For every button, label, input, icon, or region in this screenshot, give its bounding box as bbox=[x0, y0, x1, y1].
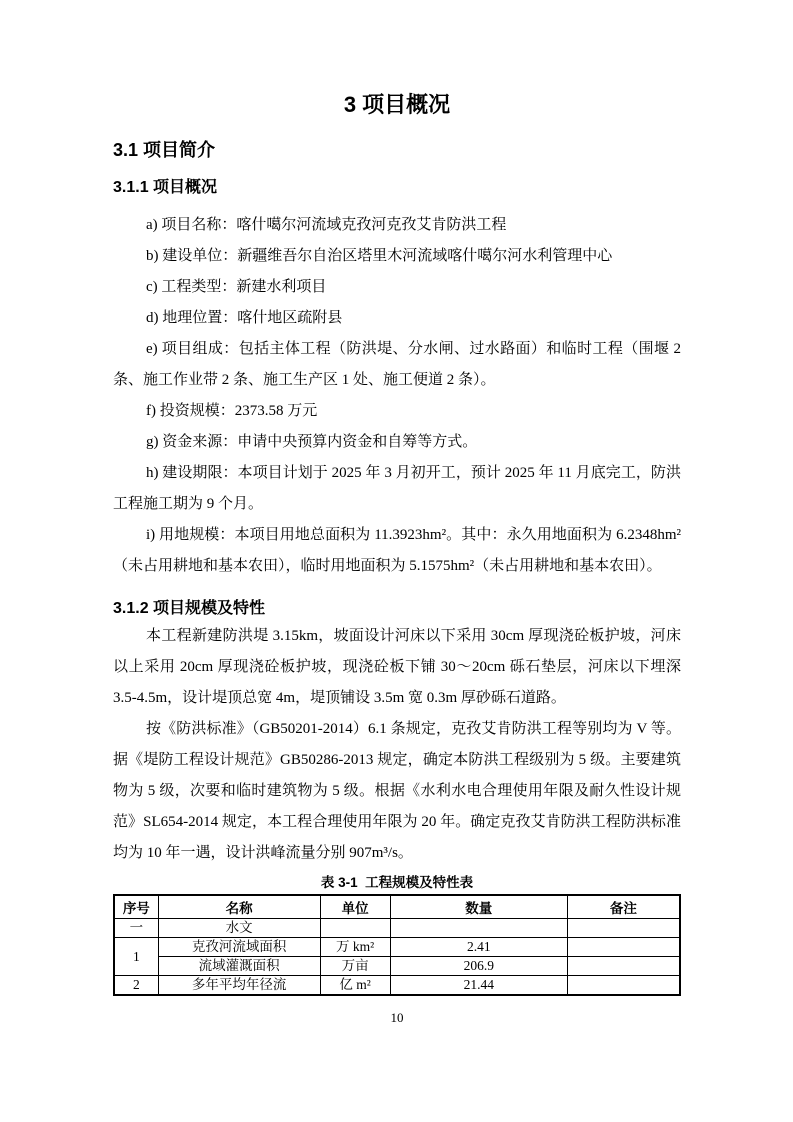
table-caption: 表 3-1 工程规模及特性表 bbox=[113, 873, 681, 893]
table-header-row: 序号 名称 单位 数量 备注 bbox=[114, 895, 680, 919]
document-page: { "doc": { "chapter_title": "3 项目概况", "s… bbox=[0, 0, 793, 1122]
list-item-a: a) 项目名称：喀什噶尔河流域克孜河克孜艾肯防洪工程 bbox=[113, 210, 681, 241]
column-header-remark: 备注 bbox=[567, 895, 680, 919]
table-cell-quantity: 2.41 bbox=[390, 938, 567, 957]
list-item-c: c) 工程类型：新建水利项目 bbox=[113, 272, 681, 303]
column-header-name: 名称 bbox=[158, 895, 320, 919]
column-header-quantity: 数量 bbox=[390, 895, 567, 919]
table-cell-unit bbox=[320, 919, 390, 938]
table-cell-quantity bbox=[390, 919, 567, 938]
table-cell-remark bbox=[567, 938, 680, 957]
list-item-g: g) 资金来源：申请中央预算内资金和自筹等方式。 bbox=[113, 427, 681, 458]
list-item-d: d) 地理位置：喀什地区疏附县 bbox=[113, 303, 681, 334]
table-row: 一 水文 bbox=[114, 919, 680, 938]
table-cell-unit: 万亩 bbox=[320, 957, 390, 976]
table-cell-quantity: 206.9 bbox=[390, 957, 567, 976]
table-cell-remark bbox=[567, 976, 680, 996]
section-3-1-1-heading: 3.1.1 项目概况 bbox=[113, 176, 681, 200]
table-cell-no: 2 bbox=[114, 976, 158, 996]
table-row: 流域灌溉面积 万亩 206.9 bbox=[114, 957, 680, 976]
column-header-no: 序号 bbox=[114, 895, 158, 919]
chapter-title: 3 项目概况 bbox=[113, 90, 681, 120]
table-cell-remark bbox=[567, 957, 680, 976]
table-cell-no: 一 bbox=[114, 919, 158, 938]
table-cell-remark bbox=[567, 919, 680, 938]
table-cell-unit: 万 km² bbox=[320, 938, 390, 957]
table-cell-name: 水文 bbox=[158, 919, 320, 938]
table-cell-name: 克孜河流域面积 bbox=[158, 938, 320, 957]
scale-paragraph-1: 本工程新建防洪堤 3.15km，坡面设计河床以下采用 30cm 厚现浇砼板护坡，… bbox=[113, 621, 681, 714]
table-row: 1 克孜河流域面积 万 km² 2.41 bbox=[114, 938, 680, 957]
column-header-unit: 单位 bbox=[320, 895, 390, 919]
list-item-e: e) 项目组成：包括主体工程（防洪堤、分水闸、过水路面）和临时工程（围堰 2 条… bbox=[113, 334, 681, 396]
table-cell-name: 多年平均年径流 bbox=[158, 976, 320, 996]
table-cell-name: 流域灌溉面积 bbox=[158, 957, 320, 976]
list-item-h: h) 建设期限：本项目计划于 2025 年 3 月初开工，预计 2025 年 1… bbox=[113, 458, 681, 520]
table-cell-unit: 亿 m² bbox=[320, 976, 390, 996]
scale-paragraph-2: 按《防洪标准》（GB50201-2014）6.1 条规定，克孜艾肯防洪工程等别均… bbox=[113, 714, 681, 869]
list-item-i: i) 用地规模：本项目用地总面积为 11.3923hm²。其中：永久用地面积为 … bbox=[113, 520, 681, 582]
list-item-b: b) 建设单位：新疆维吾尔自治区塔里木河流域喀什噶尔河水利管理中心 bbox=[113, 241, 681, 272]
list-item-f: f) 投资规模：2373.58 万元 bbox=[113, 396, 681, 427]
section-3-1-2-heading: 3.1.2 项目规模及特性 bbox=[113, 597, 681, 621]
section-3-1-heading: 3.1 项目简介 bbox=[113, 137, 681, 163]
spec-table: 序号 名称 单位 数量 备注 一 水文 1 克孜河流域面积 万 km² 2.41 bbox=[113, 894, 681, 996]
project-overview-list: a) 项目名称：喀什噶尔河流域克孜河克孜艾肯防洪工程 b) 建设单位：新疆维吾尔… bbox=[113, 210, 681, 582]
page-content: 3 项目概况 3.1 项目简介 3.1.1 项目概况 a) 项目名称：喀什噶尔河… bbox=[0, 90, 793, 1027]
page-number: 10 bbox=[113, 1009, 681, 1027]
table-cell-quantity: 21.44 bbox=[390, 976, 567, 996]
table-row: 2 多年平均年径流 亿 m² 21.44 bbox=[114, 976, 680, 996]
table-cell-no: 1 bbox=[114, 938, 158, 976]
